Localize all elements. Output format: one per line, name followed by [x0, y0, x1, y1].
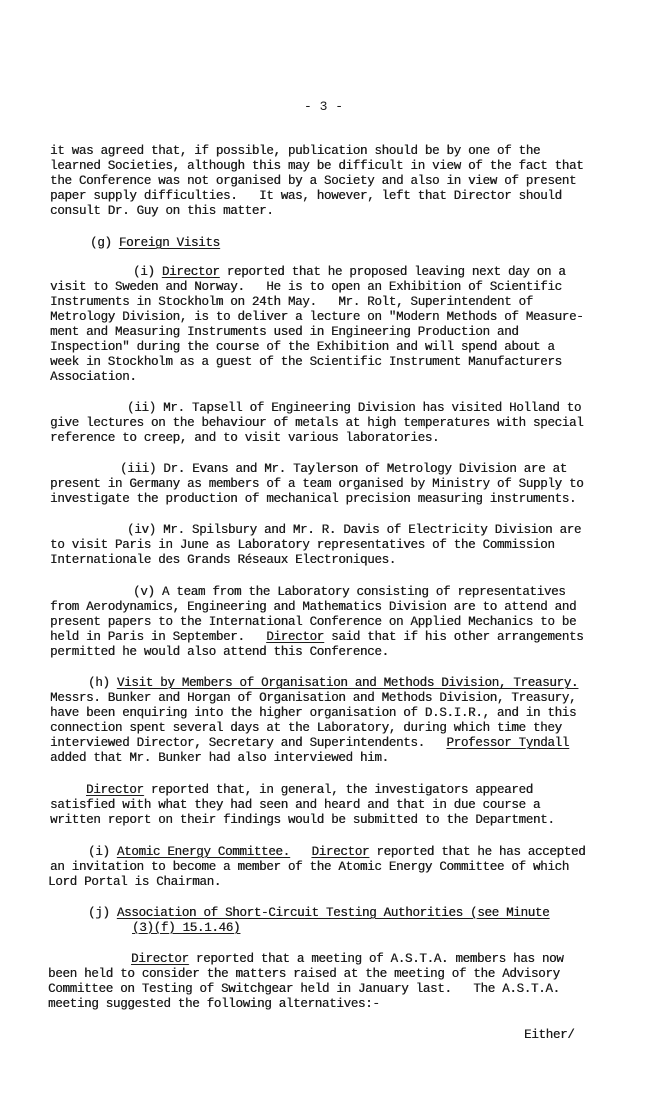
- section-h-heading: (h) Visit by Members of Organisation and…: [88, 676, 578, 691]
- text-line: learned Societies, although this may be …: [50, 159, 583, 174]
- director-ref: Director: [162, 265, 220, 279]
- text-line: give lectures on the behaviour of metals…: [50, 416, 583, 431]
- text-line: (iii) Dr. Evans and Mr. Taylerson of Met…: [120, 462, 567, 477]
- director-ref: Director: [266, 630, 324, 644]
- catchword: Either/: [524, 1028, 574, 1043]
- document-page: - 3 - it was agreed that, if possible, p…: [0, 0, 650, 1096]
- text-line: Director reported that a meeting of A.S.…: [131, 952, 563, 967]
- text-line: Lord Portal is Chairman.: [48, 875, 221, 890]
- text-line: meeting suggested the following alternat…: [48, 997, 380, 1012]
- section-label: (h): [88, 676, 110, 690]
- section-title: Visit by Members of Organisation and Met…: [117, 676, 578, 690]
- text-line: satisfied with what they had seen and he…: [50, 798, 540, 813]
- text-line: been held to consider the matters raised…: [48, 967, 560, 982]
- director-ref: Director: [86, 783, 144, 797]
- text-line: connection spent several days at the Lab…: [50, 721, 562, 736]
- text-line: Metrology Division, is to deliver a lect…: [50, 310, 583, 325]
- text-line: present in Germany as members of a team …: [50, 477, 583, 492]
- text-line: Messrs. Bunker and Horgan of Organisatio…: [50, 691, 576, 706]
- text-line: the Conference was not organised by a So…: [50, 174, 576, 189]
- section-title-cont: (3)(f) 15.1.46): [132, 921, 240, 936]
- text-line: visit to Sweden and Norway. He is to ope…: [50, 280, 562, 295]
- text-line: Instruments in Stockholm on 24th May. Mr…: [50, 295, 533, 310]
- section-title: Foreign Visits: [119, 236, 220, 250]
- section-title: Atomic Energy Committee.: [117, 845, 290, 859]
- text-line: present papers to the International Conf…: [50, 615, 576, 630]
- text-line: permitted he would also attend this Conf…: [50, 645, 389, 660]
- text-line: Committee on Testing of Switchgear held …: [48, 982, 560, 997]
- page-number: - 3 -: [304, 99, 343, 114]
- text-line: held in Paris in September. Director sai…: [50, 630, 583, 645]
- director-ref: Director: [311, 845, 369, 859]
- text-line: Internationale des Grands Réseaux Electr…: [50, 553, 396, 568]
- text-line: added that Mr. Bunker had also interview…: [50, 751, 389, 766]
- text-line: an invitation to become a member of the …: [50, 860, 569, 875]
- text-line: interviewed Director, Secretary and Supe…: [50, 736, 569, 751]
- text-line: reference to creep, and to visit various…: [50, 431, 439, 446]
- section-title: Association of Short-Circuit Testing Aut…: [117, 906, 549, 920]
- text-line: Association.: [50, 370, 137, 385]
- text-line: (iv) Mr. Spilsbury and Mr. R. Davis of E…: [127, 523, 581, 538]
- text-line: consult Dr. Guy on this matter.: [50, 204, 273, 219]
- text-line: have been enquiring into the higher orga…: [50, 706, 576, 721]
- section-label: (g): [90, 236, 112, 250]
- text-line: (i) Director reported that he proposed l…: [133, 265, 565, 280]
- text-line: it was agreed that, if possible, publica…: [50, 144, 540, 159]
- professor-ref: Professor Tyndall: [446, 736, 569, 750]
- text-line: to visit Paris in June as Laboratory rep…: [50, 538, 555, 553]
- director-ref: Director: [131, 952, 189, 966]
- text-line: (v) A team from the Laboratory consistin…: [133, 585, 565, 600]
- text-line: Director reported that, in general, the …: [86, 783, 533, 798]
- text-line: (ii) Mr. Tapsell of Engineering Division…: [127, 401, 581, 416]
- text-line: (i) Atomic Energy Committee. Director re…: [88, 845, 585, 860]
- text-line: from Aerodynamics, Engineering and Mathe…: [50, 600, 576, 615]
- text-line: investigate the production of mechanical…: [50, 492, 576, 507]
- section-label: (j): [88, 906, 110, 920]
- text-line: paper supply difficulties. It was, howev…: [50, 189, 562, 204]
- text-line: Inspection" during the course of the Exh…: [50, 340, 555, 355]
- section-g-heading: (g) Foreign Visits: [90, 236, 220, 251]
- section-label: (i): [88, 845, 110, 859]
- text-line: ment and Measuring Instruments used in E…: [50, 325, 519, 340]
- text-line: week in Stockholm as a guest of the Scie…: [50, 355, 562, 370]
- text-line: written report on their findings would b…: [50, 813, 555, 828]
- section-j-heading: (j) Association of Short-Circuit Testing…: [88, 906, 549, 921]
